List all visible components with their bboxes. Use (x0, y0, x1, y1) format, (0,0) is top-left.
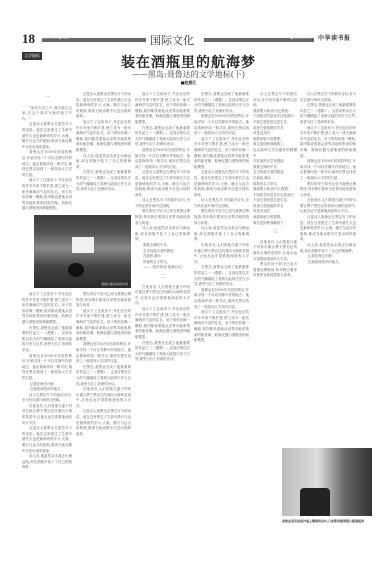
article-byline: ■赵振江 (0, 80, 377, 86)
masthead-logo: 中华读书报 (318, 33, 351, 42)
page-number: 18 (22, 31, 35, 47)
article-photo-exterior (282, 448, 372, 516)
article-subtitle: ——黑岛:聂鲁达的文学地标(下) (0, 69, 377, 80)
text-column-2: 这是诗人聂鲁达在黑岛写下的话语。他在这里度过了生命中最长久也是最珍贵的岁月,大海… (76, 92, 131, 212)
barrel (300, 488, 330, 516)
text-column-4: 在黑岛,聂鲁达完成了他最重要的作品之一《漫歌》。这部诗集以宏大的气魄描绘了美洲大… (194, 92, 249, 554)
article-photo-interior: 聂鲁达黑岛故居内景 (34, 215, 131, 288)
photo-caption-exterior: 聂鲁达黑岛故居外墙上镌刻的诗句,门前陈列着酒瓶与船锚装饰 (282, 519, 372, 523)
text-column-1: 一 “如在大洋之中,我只能在这里,在这个面对大海的地方写作。” 这是诗人聂鲁达在… (22, 92, 72, 212)
window (72, 237, 94, 253)
header-rule-right: ■电话:010-67078270 (204, 38, 314, 42)
text-column-1b: 他买下了这座房子,并在此后的许多年里不断扩建,使之成为一座充满海洋气息的住宅。房… (22, 292, 72, 554)
page-header: 18 2016年11月16日 ■本版编辑: 国际文化 ■电话:010-67078… (22, 33, 357, 47)
header-rule-left: 2016年11月16日 ■本版编辑: (42, 38, 146, 42)
photo-caption: 聂鲁达黑岛故居内景 (100, 282, 129, 286)
text-column-3: 他买下了这座房子,并在此后的许多年里不断扩建,使之成为一座充满海洋气息的住宅。房… (135, 92, 190, 554)
text-column-6: 诗人在黑岛写下的最后诗句,至今仍在那片海岸边回响。 在黑岛,聂鲁达完成了他最重要… (300, 92, 356, 442)
section-title: 国际文化 (150, 32, 194, 48)
text-column-2b: 黑岛的房子如今已成为聂鲁达博物馆,每年吸引着来自世界各地的游客与读者。 他买下了… (76, 292, 131, 554)
pot (68, 263, 84, 277)
